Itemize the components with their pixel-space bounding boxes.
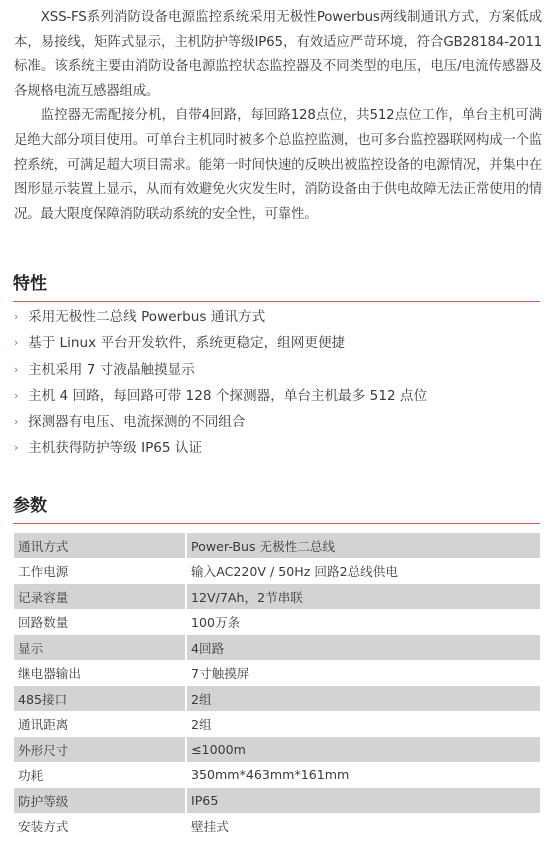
feature-item: ›探测器有电压、电流探测的不同组合 [14, 409, 544, 435]
param-label: 显示 [14, 635, 187, 660]
param-value: Power-Bus 无极性二总线 [187, 533, 540, 558]
param-value: 12V/7Ah，2节串联 [187, 584, 540, 609]
param-label: 工作电源 [14, 559, 187, 584]
param-label: 继电器输出 [14, 661, 187, 686]
table-row: 485接口2组 [14, 686, 540, 711]
feature-item: ›基于 Linux 平台开发软件，系统更稳定，组网更便捷 [14, 330, 544, 356]
param-label: 回路数量 [14, 610, 187, 635]
intro-paragraph: 监控器无需配接分机，自带4回路，每回路128点位，共512点位工作，单台主机可满… [14, 104, 542, 227]
param-value: 7寸触摸屏 [187, 661, 540, 686]
param-value: 2组 [187, 686, 540, 711]
feature-text: 基于 Linux 平台开发软件，系统更稳定，组网更便捷 [28, 330, 345, 356]
feature-text: 主机 4 回路，每回路可带 128 个探测器，单台主机最多 512 点位 [28, 383, 427, 409]
intro-text: XSS-FS系列消防设备电源监控系统采用无极性Powerbus两线制通讯方式，方… [14, 6, 542, 227]
chevron-right-icon: › [14, 383, 28, 409]
table-row: 显示4回路 [14, 635, 540, 660]
param-value: ≤1000m [187, 737, 540, 762]
chevron-right-icon: › [14, 330, 28, 356]
table-row: 回路数量 100万条 [14, 610, 540, 635]
chevron-right-icon: › [14, 409, 28, 435]
features-heading: 特性 [13, 272, 540, 302]
feature-item: ›采用无极性二总线 Powerbus 通讯方式 [14, 304, 544, 330]
table-row: 安装方式壁挂式 [14, 814, 540, 839]
param-label: 485接口 [14, 686, 187, 711]
table-row: 功耗350mm*463mm*161mm [14, 763, 540, 788]
param-label: 记录容量 [14, 584, 187, 609]
param-label: 外形尺寸 [14, 737, 187, 762]
chevron-right-icon: › [14, 304, 28, 330]
feature-text: 探测器有电压、电流探测的不同组合 [28, 409, 246, 435]
table-row: 外形尺寸≤1000m [14, 737, 540, 762]
param-value: 壁挂式 [187, 814, 540, 839]
param-label: 防护等级 [14, 788, 187, 813]
param-label: 通讯距离 [14, 712, 187, 737]
params-heading: 参数 [13, 494, 540, 524]
param-value: 2组 [187, 712, 540, 737]
table-row: 继电器输出 7寸触摸屏 [14, 661, 540, 686]
feature-item: ›主机 4 回路，每回路可带 128 个探测器，单台主机最多 512 点位 [14, 383, 544, 409]
table-row: 通讯距离2组 [14, 712, 540, 737]
param-label: 通讯方式 [14, 533, 187, 558]
feature-item: ›主机获得防护等级 IP65 认证 [14, 435, 544, 461]
features-list: ›采用无极性二总线 Powerbus 通讯方式 ›基于 Linux 平台开发软件… [14, 304, 544, 462]
chevron-right-icon: › [14, 435, 28, 461]
table-row: 工作电源输入AC220V / 50Hz 回路2总线供电 [14, 559, 540, 584]
param-label: 安装方式 [14, 814, 187, 839]
feature-item: ›主机采用 7 寸液晶触摸显示 [14, 357, 544, 383]
table-row: 记录容量12V/7Ah，2节串联 [14, 584, 540, 609]
table-row: 防护等级IP65 [14, 788, 540, 813]
intro-paragraph: XSS-FS系列消防设备电源监控系统采用无极性Powerbus两线制通讯方式，方… [14, 6, 542, 104]
param-label: 功耗 [14, 763, 187, 788]
param-value: 350mm*463mm*161mm [187, 763, 540, 788]
param-value: 4回路 [187, 635, 540, 660]
chevron-right-icon: › [14, 357, 28, 383]
table-row: 通讯方式Power-Bus 无极性二总线 [14, 533, 540, 558]
params-table: 通讯方式Power-Bus 无极性二总线 工作电源输入AC220V / 50Hz… [14, 532, 540, 839]
feature-text: 主机获得防护等级 IP65 认证 [28, 435, 202, 461]
param-value: 100万条 [187, 610, 540, 635]
feature-text: 采用无极性二总线 Powerbus 通讯方式 [28, 304, 265, 330]
feature-text: 主机采用 7 寸液晶触摸显示 [28, 357, 195, 383]
param-value: 输入AC220V / 50Hz 回路2总线供电 [187, 559, 540, 584]
param-value: IP65 [187, 788, 540, 813]
